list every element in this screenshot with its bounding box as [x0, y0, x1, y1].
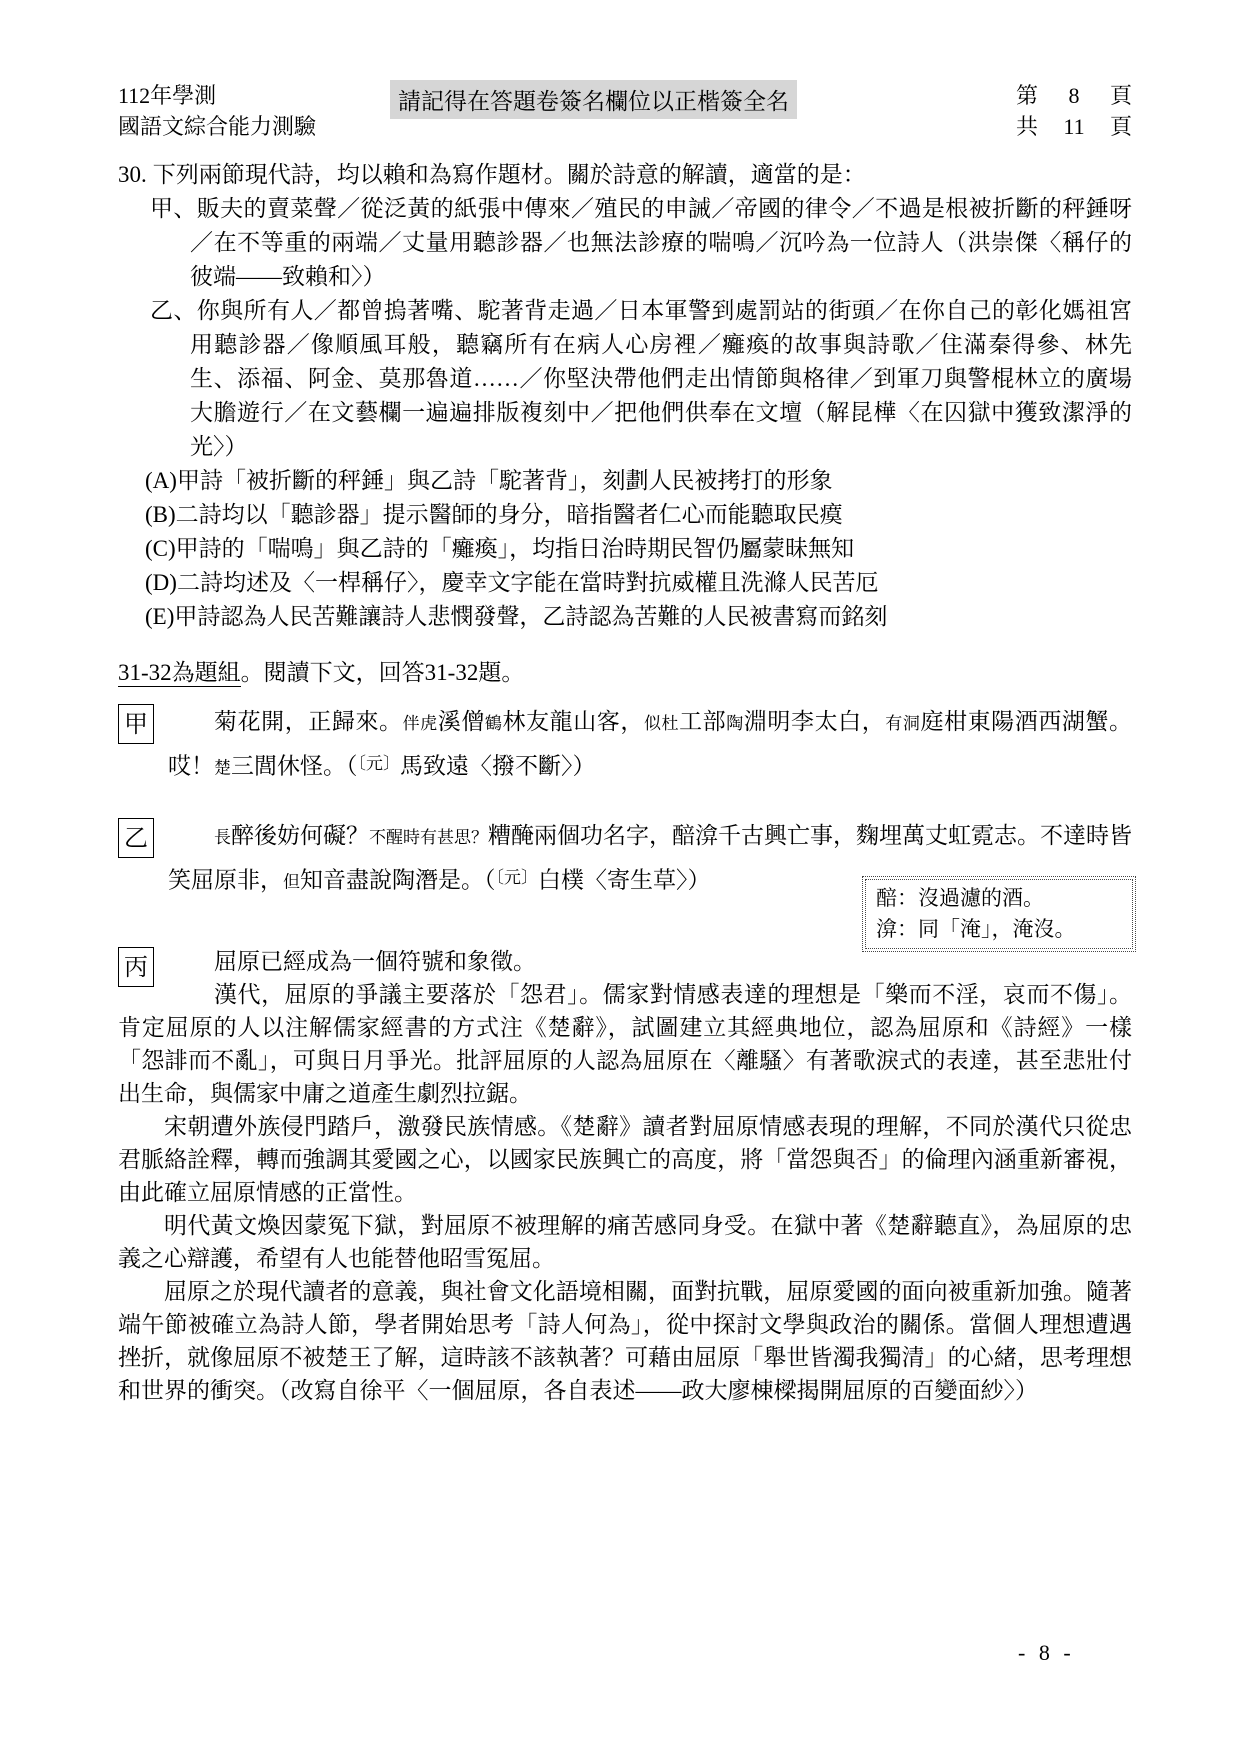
- gloss-note-box: 醅：沒過濾的酒。渰：同「淹」，淹沒。: [862, 876, 1136, 952]
- option-text: 甲詩「被折斷的秤錘」與乙詩「駝著背」，刻劃人民被拷打的形象: [177, 468, 833, 493]
- group-31-32-heading: 31-32為題組。閱讀下文，回答31-32題。: [118, 656, 1132, 690]
- passage-segment: 〔元〕: [496, 868, 539, 887]
- poem-label: 甲、: [150, 196, 197, 221]
- passage-bing-paragraphs: 屈原已經成為一個符號和象徵。漢代，屈原的爭議主要落於「怨君」。儒家對情感表達的理…: [118, 945, 1132, 1407]
- total-token: 頁: [1110, 111, 1132, 142]
- page-content: 30.下列兩節現代詩，均以賴和為寫作題材。關於詩意的解讀，適當的是： 甲、販夫的…: [118, 158, 1132, 1407]
- page-token: 頁: [1110, 80, 1132, 111]
- passage-paragraph: 宋朝遭外族侵門踏戶，激發民族情感。《楚辭》讀者對屈原情感表現的理解，不同於漢代只…: [118, 1110, 1132, 1209]
- passage-paragraph: 屈原之於現代讀者的意義，與社會文化語境相關，面對抗戰，屈原愛國的面向被重新加強。…: [118, 1275, 1132, 1407]
- passage-segment: 知音盡說陶潛是。（: [300, 868, 496, 893]
- passage-yi-label: 乙: [118, 818, 154, 858]
- option-label: (A): [145, 468, 177, 493]
- passage-jia-label: 甲: [118, 704, 154, 744]
- passage-segment: 林友龍山客，: [503, 709, 644, 734]
- poem-label: 乙、: [150, 298, 197, 323]
- total-token: 共: [1016, 111, 1038, 142]
- option-label: (B): [145, 502, 176, 527]
- poem-text: 你與所有人／都曾摀著嘴、駝著背走過／日本軍警到處罰站的街頭／在你自己的彰化媽祖宮…: [190, 298, 1132, 459]
- page-indicator: 第8頁 共11頁: [1016, 80, 1132, 142]
- passage-jia-text: 菊花開，正歸來。伴虎溪僧鶴林友龍山客，似杜工部陶淵明李太白，有洞庭柑東陽酒西湖蟹…: [118, 702, 1132, 788]
- passage-segment: 鶴: [485, 714, 503, 733]
- option-label: (E): [145, 604, 174, 629]
- passage-segment: 溪僧: [438, 709, 485, 734]
- note-line: 醅：沒過濾的酒。: [876, 883, 1122, 914]
- option-row: (D)二詩均述及〈一桿稱仔〉，慶幸文字能在當時對抗威權且洗滌人民苦厄: [145, 566, 1132, 600]
- passage-segment: 但: [283, 873, 300, 892]
- footer-page-number: - 8 -: [1018, 1640, 1075, 1666]
- passage-segment: 似杜: [644, 714, 679, 733]
- option-label: (D): [145, 570, 177, 595]
- note-line: 渰：同「淹」，淹沒。: [876, 914, 1122, 945]
- total-token: 11: [1063, 111, 1084, 142]
- page-token: 第: [1016, 80, 1038, 111]
- option-text: 二詩均以「聽診器」提示醫師的身分，暗指醫者仁心而能聽取民瘼: [176, 502, 843, 527]
- option-text: 甲詩認為人民苦難讓詩人悲憫發聲，乙詩認為苦難的人民被書寫而銘刻: [174, 604, 887, 629]
- option-row: (C)甲詩的「喘鳴」與乙詩的「癱瘓」，均指日治時期民智仍屬蒙昧無知: [145, 532, 1132, 566]
- passage-paragraph: 漢代，屈原的爭議主要落於「怨君」。儒家對情感表達的理想是「樂而不淫，哀而不傷」。…: [118, 978, 1132, 1110]
- passage-segment: 淵明李太白，: [744, 709, 885, 734]
- option-row: (B)二詩均以「聽診器」提示醫師的身分，暗指醫者仁心而能聽取民瘼: [145, 498, 1132, 532]
- passage-paragraph: 明代黃文煥因蒙冤下獄，對屈原不被理解的痛苦感同身受。在獄中著《楚辭聽直》，為屈原…: [118, 1209, 1132, 1275]
- passage-bing-label: 丙: [118, 947, 154, 987]
- signature-notice: 請記得在答題卷簽名欄位以正楷簽全名: [390, 80, 797, 119]
- poem-line: 甲、販夫的賣菜聲／從泛黃的紙張中傳來／殖民的申誡／帝國的律令／不過是根被折斷的秤…: [118, 192, 1132, 294]
- passage-segment: 〔元〕: [358, 754, 401, 773]
- passage-segment: 伴虎: [403, 714, 438, 733]
- passage-segment: 有洞: [885, 714, 920, 733]
- question-30-options: (A)甲詩「被折斷的秤錘」與乙詩「駝著背」，刻劃人民被拷打的形象(B)二詩均以「…: [118, 464, 1132, 634]
- gloss-note-lines: 醅：沒過濾的酒。渰：同「淹」，淹沒。: [865, 879, 1133, 949]
- option-text: 甲詩的「喘鳴」與乙詩的「癱瘓」，均指日治時期民智仍屬蒙昧無知: [176, 536, 855, 561]
- passage-segment: 醉後妨何礙？: [231, 823, 369, 848]
- exam-page: 112年學測 國語文綜合能力測驗 請記得在答題卷簽名欄位以正楷簽全名 第8頁 共…: [0, 0, 1241, 1755]
- passage-segment: 陶: [726, 714, 744, 733]
- question-30-stem: 30.下列兩節現代詩，均以賴和為寫作題材。關於詩意的解讀，適當的是：: [118, 158, 1132, 192]
- passage-segment: 馬致遠〈撥不斷〉）: [400, 753, 596, 778]
- passage-segment: 菊花開，正歸來。: [214, 709, 403, 734]
- question-30-number: 30.: [118, 162, 147, 187]
- option-label: (C): [145, 536, 176, 561]
- option-row: (E)甲詩認為人民苦難讓詩人悲憫發聲，乙詩認為苦難的人民被書寫而銘刻: [145, 600, 1132, 634]
- exam-title-line2: 國語文綜合能力測驗: [118, 111, 390, 142]
- passage-segment: 不醒時有甚思？: [369, 828, 488, 847]
- passage-segment: 白樸〈寄生草〉）: [538, 868, 711, 893]
- page-number-row: 第8頁: [1016, 80, 1132, 111]
- page-total-row: 共11頁: [1016, 111, 1132, 142]
- page-header: 112年學測 國語文綜合能力測驗 請記得在答題卷簽名欄位以正楷簽全名 第8頁 共…: [118, 80, 1132, 142]
- question-30-poems: 甲、販夫的賣菜聲／從泛黃的紙張中傳來／殖民的申誡／帝國的律令／不過是根被折斷的秤…: [118, 192, 1132, 464]
- option-text: 二詩均述及〈一桿稱仔〉，慶幸文字能在當時對抗威權且洗滌人民苦厄: [177, 570, 879, 595]
- page-token: 8: [1069, 80, 1080, 111]
- question-30-stem-text: 下列兩節現代詩，均以賴和為寫作題材。關於詩意的解讀，適當的是：: [153, 162, 866, 187]
- passage-segment: 長: [214, 828, 231, 847]
- option-row: (A)甲詩「被折斷的秤錘」與乙詩「駝著背」，刻劃人民被拷打的形象: [145, 464, 1132, 498]
- passage-jia: 甲 菊花開，正歸來。伴虎溪僧鶴林友龍山客，似杜工部陶淵明李太白，有洞庭柑東陽酒西…: [118, 702, 1132, 788]
- exam-title: 112年學測 國語文綜合能力測驗: [118, 80, 390, 142]
- passage-segment: 楚: [214, 758, 231, 777]
- passage-segment: 工部: [679, 709, 726, 734]
- group-heading-rest: 。閱讀下文，回答31-32題。: [241, 660, 525, 685]
- passage-segment: 三閭休怪。（: [231, 753, 358, 778]
- poem-text: 販夫的賣菜聲／從泛黃的紙張中傳來／殖民的申誡／帝國的律令／不過是根被折斷的秤錘呀…: [190, 196, 1132, 289]
- passage-bing: 丙 屈原已經成為一個符號和象徵。漢代，屈原的爭議主要落於「怨君」。儒家對情感表達…: [118, 945, 1132, 1407]
- group-heading-underlined: 31-32為題組: [118, 660, 241, 687]
- exam-title-line1: 112年學測: [118, 80, 390, 111]
- poem-line: 乙、你與所有人／都曾摀著嘴、駝著背走過／日本軍警到處罰站的街頭／在你自己的彰化媽…: [118, 294, 1132, 464]
